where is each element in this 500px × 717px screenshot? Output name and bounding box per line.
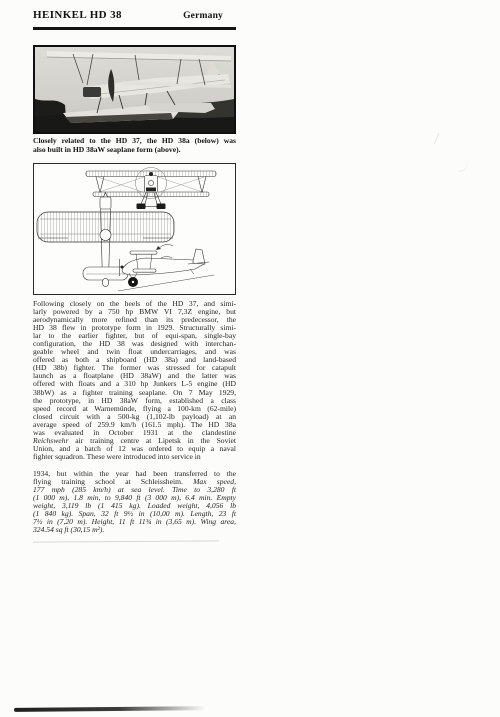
three-view-drawing <box>34 164 235 294</box>
drawing-figure <box>33 163 236 295</box>
text-line: Closely related to the HD 37, the HD 38a… <box>33 136 236 145</box>
seaplane-photo <box>35 47 234 132</box>
scan-artifact <box>457 161 469 172</box>
page-header: HEINKEL HD 38 Germany <box>33 9 236 24</box>
scanned-page: HEINKEL HD 38 Germany <box>0 0 500 717</box>
text-line: also built in HD 38aW seaplane form (abo… <box>33 145 236 154</box>
body-paragraph-1: Following closely on the heels of the HD… <box>33 300 236 461</box>
text-line: 324.54 sq ft (30,15 m²). <box>33 526 236 534</box>
country-label: Germany <box>183 11 236 21</box>
photo-caption: Closely related to the HD 37, the HD 38a… <box>33 136 236 155</box>
scan-artifact <box>434 133 442 145</box>
header-rule <box>33 27 236 30</box>
body-paragraph-2: 1934, but within the year had been trans… <box>33 470 236 534</box>
text-line: fighter squadron. These were introduced … <box>33 453 236 461</box>
photo-figure <box>33 45 236 134</box>
page-edge-shadow <box>14 706 206 711</box>
page-title: HEINKEL HD 38 <box>33 9 122 21</box>
section-divider-rule <box>33 540 219 542</box>
